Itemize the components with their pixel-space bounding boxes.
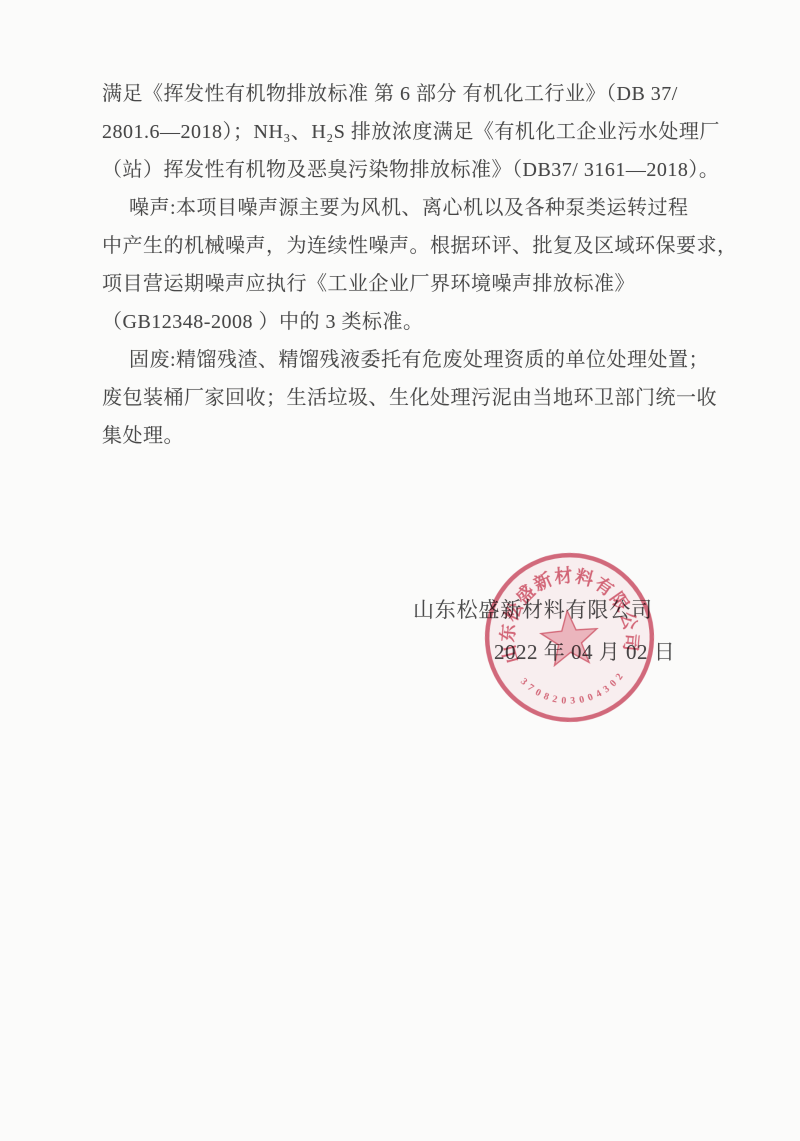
text-line: 中产生的机械噪声，为连续性噪声。根据环评、批复及区域环保要求， [102, 227, 720, 265]
text-line: 固废:精馏残渣、精馏残液委托有危废处理资质的单位处理处置； [102, 341, 720, 379]
text-line: （GB12348-2008 ）中的 3 类标准。 [102, 303, 720, 341]
body-text-block: 满足《挥发性有机物排放标准 第 6 部分 有机化工行业》（DB 37/ 2801… [102, 75, 720, 455]
text-line: 满足《挥发性有机物排放标准 第 6 部分 有机化工行业》（DB 37/ [102, 75, 720, 113]
text-line: 废包装桶厂家回收；生活垃圾、生化处理污泥由当地环卫部门统一收 [102, 379, 720, 417]
text-line: （站）挥发性有机物及恶臭污染物排放标准》（DB37/ 3161—2018）。 [102, 151, 720, 189]
company-seal: 山东松盛新材料有限公司 3708203004302 [473, 541, 667, 735]
company-seal-graphic: 山东松盛新材料有限公司 3708203004302 [473, 541, 667, 735]
text-line: 项目营运期噪声应执行《工业企业厂界环境噪声排放标准》 [102, 265, 720, 303]
text-line: 噪声:本项目噪声源主要为风机、离心机以及各种泵类运转过程 [102, 189, 720, 227]
document-page: 满足《挥发性有机物排放标准 第 6 部分 有机化工行业》（DB 37/ 2801… [0, 0, 800, 1141]
text-line: 集处理。 [102, 417, 720, 455]
text-line: 2801.6—2018）；NH₃、H₂S 排放浓度满足《有机化工企业污水处理厂 [102, 113, 720, 151]
